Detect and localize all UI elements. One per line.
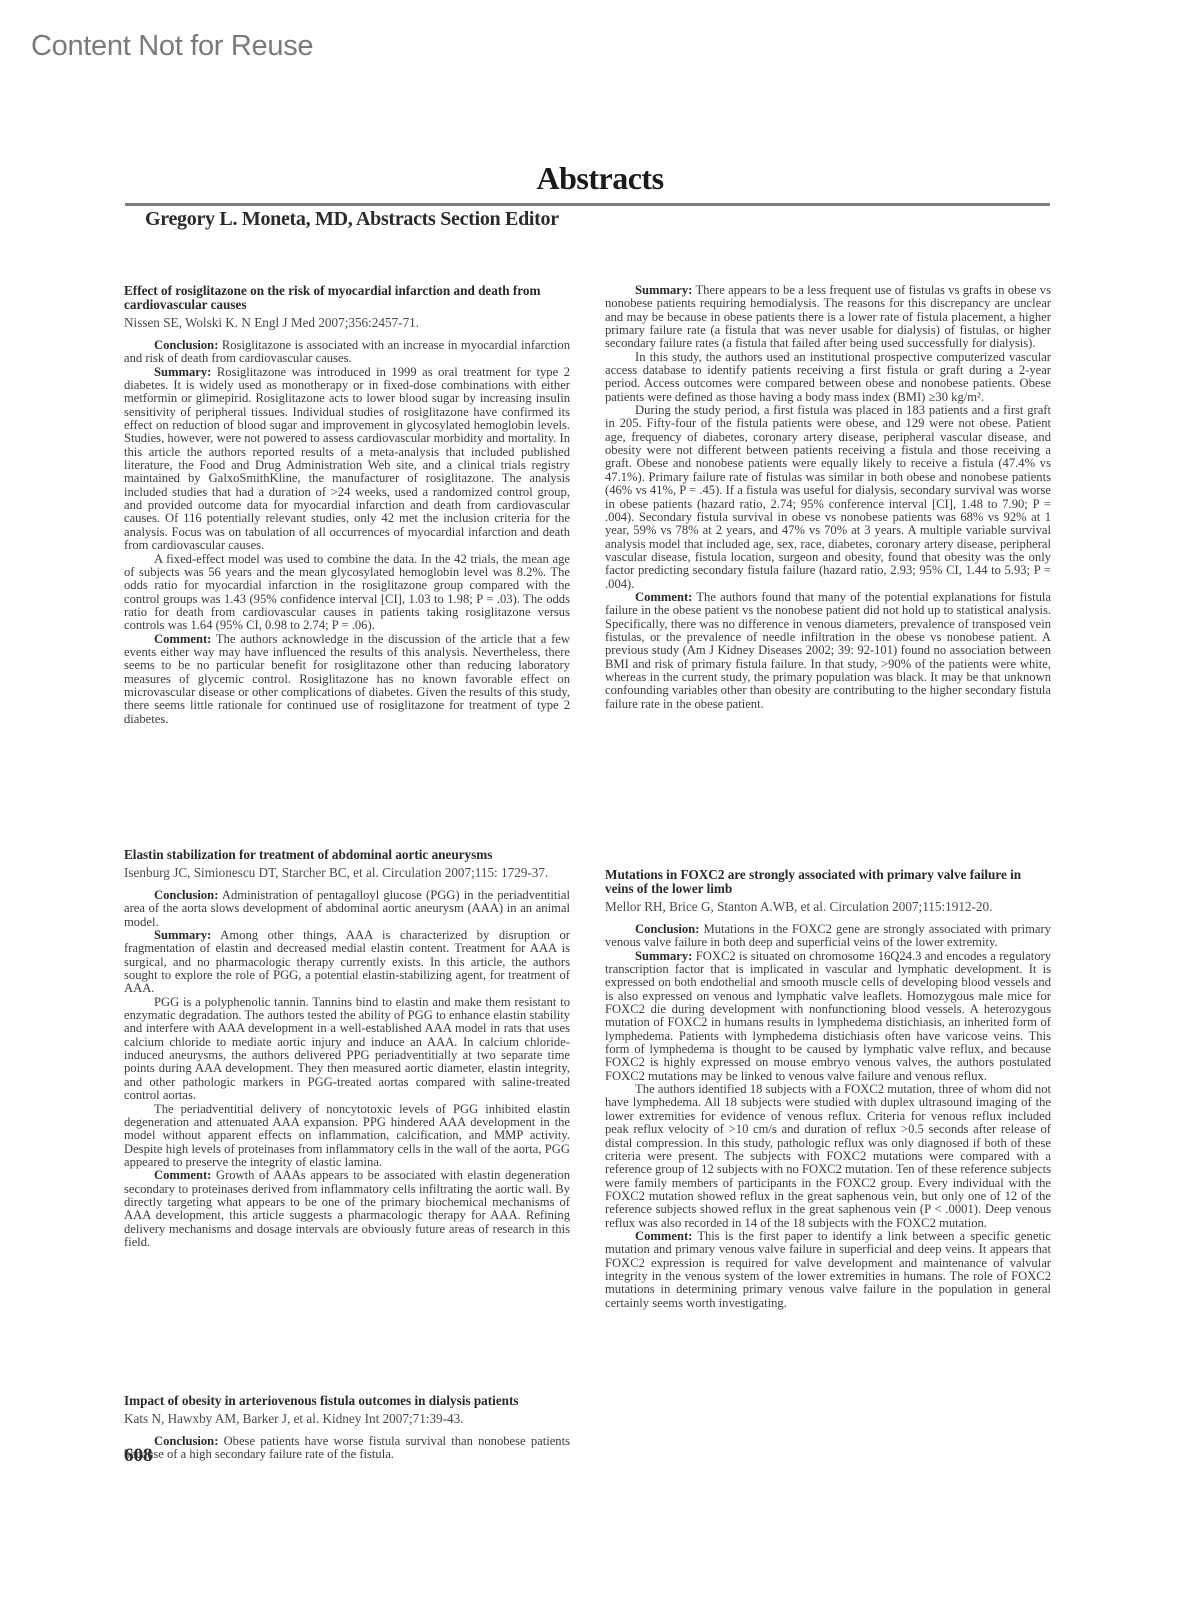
summary-paragraph: Summary: Among other things, AAA is char… [124, 929, 570, 996]
section-editor: Gregory L. Moneta, MD, Abstracts Section… [145, 208, 559, 231]
watermark: Content Not for Reuse [31, 30, 313, 63]
right-column: Summary: There appears to be a less freq… [605, 284, 1051, 711]
summary-label: Summary: [154, 365, 211, 379]
summary-paragraph: Summary: Rosiglitazone was introduced in… [124, 366, 570, 553]
summary-text: Rosiglitazone was introduced in 1999 as … [124, 365, 570, 552]
conclusion-label: Conclusion: [154, 338, 218, 352]
conclusion-paragraph: Conclusion: Administration of pentagallo… [124, 889, 570, 929]
summary-paragraph: Summary: FOXC2 is situated on chromosome… [605, 950, 1051, 1083]
comment-paragraph: Comment: Growth of AAAs appears to be as… [124, 1169, 570, 1249]
comment-label: Comment: [635, 1229, 692, 1243]
summary-paragraph-3: The periadventitial delivery of noncytot… [124, 1103, 570, 1170]
conclusion-label: Conclusion: [154, 888, 218, 902]
comment-paragraph: Comment: The authors acknowledge in the … [124, 633, 570, 726]
summary-paragraph-2: The authors identified 18 subjects with … [605, 1083, 1051, 1230]
summary-label: Summary: [154, 928, 211, 942]
conclusion-label: Conclusion: [635, 922, 699, 936]
comment-paragraph: Comment: The authors found that many of … [605, 591, 1051, 711]
right-column-2: Mutations in FOXC2 are strongly associat… [605, 868, 1051, 1310]
conclusion-label: Conclusion: [154, 1434, 218, 1448]
article-obesity-fistula-cont: Summary: There appears to be a less freq… [605, 284, 1051, 711]
summary-text: FOXC2 is situated on chromosome 16Q24.3 … [605, 949, 1051, 1083]
summary-paragraph: Summary: There appears to be a less freq… [605, 284, 1051, 351]
summary-label: Summary: [635, 949, 692, 963]
article-citation: Mellor RH, Brice G, Stanton A.WB, et al.… [605, 899, 1051, 914]
summary-paragraph-2: A fixed-effect model was used to combine… [124, 553, 570, 633]
page-title: Abstracts [0, 160, 1200, 197]
left-column-2: Elastin stabilization for treatment of a… [124, 848, 570, 1249]
comment-label: Comment: [635, 590, 692, 604]
article-citation: Kats N, Hawxby AM, Barker J, et al. Kidn… [124, 1411, 570, 1426]
article-title: Elastin stabilization for treatment of a… [124, 848, 570, 862]
comment-text: The authors found that many of the poten… [605, 590, 1051, 711]
article-foxc2: Mutations in FOXC2 are strongly associat… [605, 868, 1051, 1310]
conclusion-paragraph: Conclusion: Rosiglitazone is associated … [124, 339, 570, 366]
article-title: Impact of obesity in arteriovenous fistu… [124, 1394, 570, 1408]
summary-label: Summary: [635, 283, 692, 297]
page-number: 608 [124, 1445, 153, 1467]
comment-label: Comment: [154, 1168, 211, 1182]
left-column: Effect of rosiglitazone on the risk of m… [124, 284, 570, 726]
article-rosiglitazone: Effect of rosiglitazone on the risk of m… [124, 284, 570, 726]
summary-paragraph-2: In this study, the authors used an insti… [605, 351, 1051, 404]
title-divider [125, 203, 1050, 206]
left-column-3: Impact of obesity in arteriovenous fistu… [124, 1394, 570, 1462]
comment-label: Comment: [154, 632, 211, 646]
article-title: Effect of rosiglitazone on the risk of m… [124, 284, 570, 312]
comment-paragraph: Comment: This is the first paper to iden… [605, 1230, 1051, 1310]
article-title: Mutations in FOXC2 are strongly associat… [605, 868, 1051, 896]
summary-paragraph-3: During the study period, a first fistula… [605, 404, 1051, 591]
article-obesity-fistula-start: Impact of obesity in arteriovenous fistu… [124, 1394, 570, 1462]
comment-text: The authors acknowledge in the discussio… [124, 632, 570, 726]
article-citation: Isenburg JC, Simionescu DT, Starcher BC,… [124, 865, 570, 880]
conclusion-paragraph: Conclusion: Mutations in the FOXC2 gene … [605, 923, 1051, 950]
summary-paragraph-2: PGG is a polyphenolic tannin. Tannins bi… [124, 996, 570, 1103]
article-citation: Nissen SE, Wolski K. N Engl J Med 2007;3… [124, 315, 570, 330]
article-elastin: Elastin stabilization for treatment of a… [124, 848, 570, 1249]
conclusion-paragraph: Conclusion: Obese patients have worse fi… [124, 1435, 570, 1462]
